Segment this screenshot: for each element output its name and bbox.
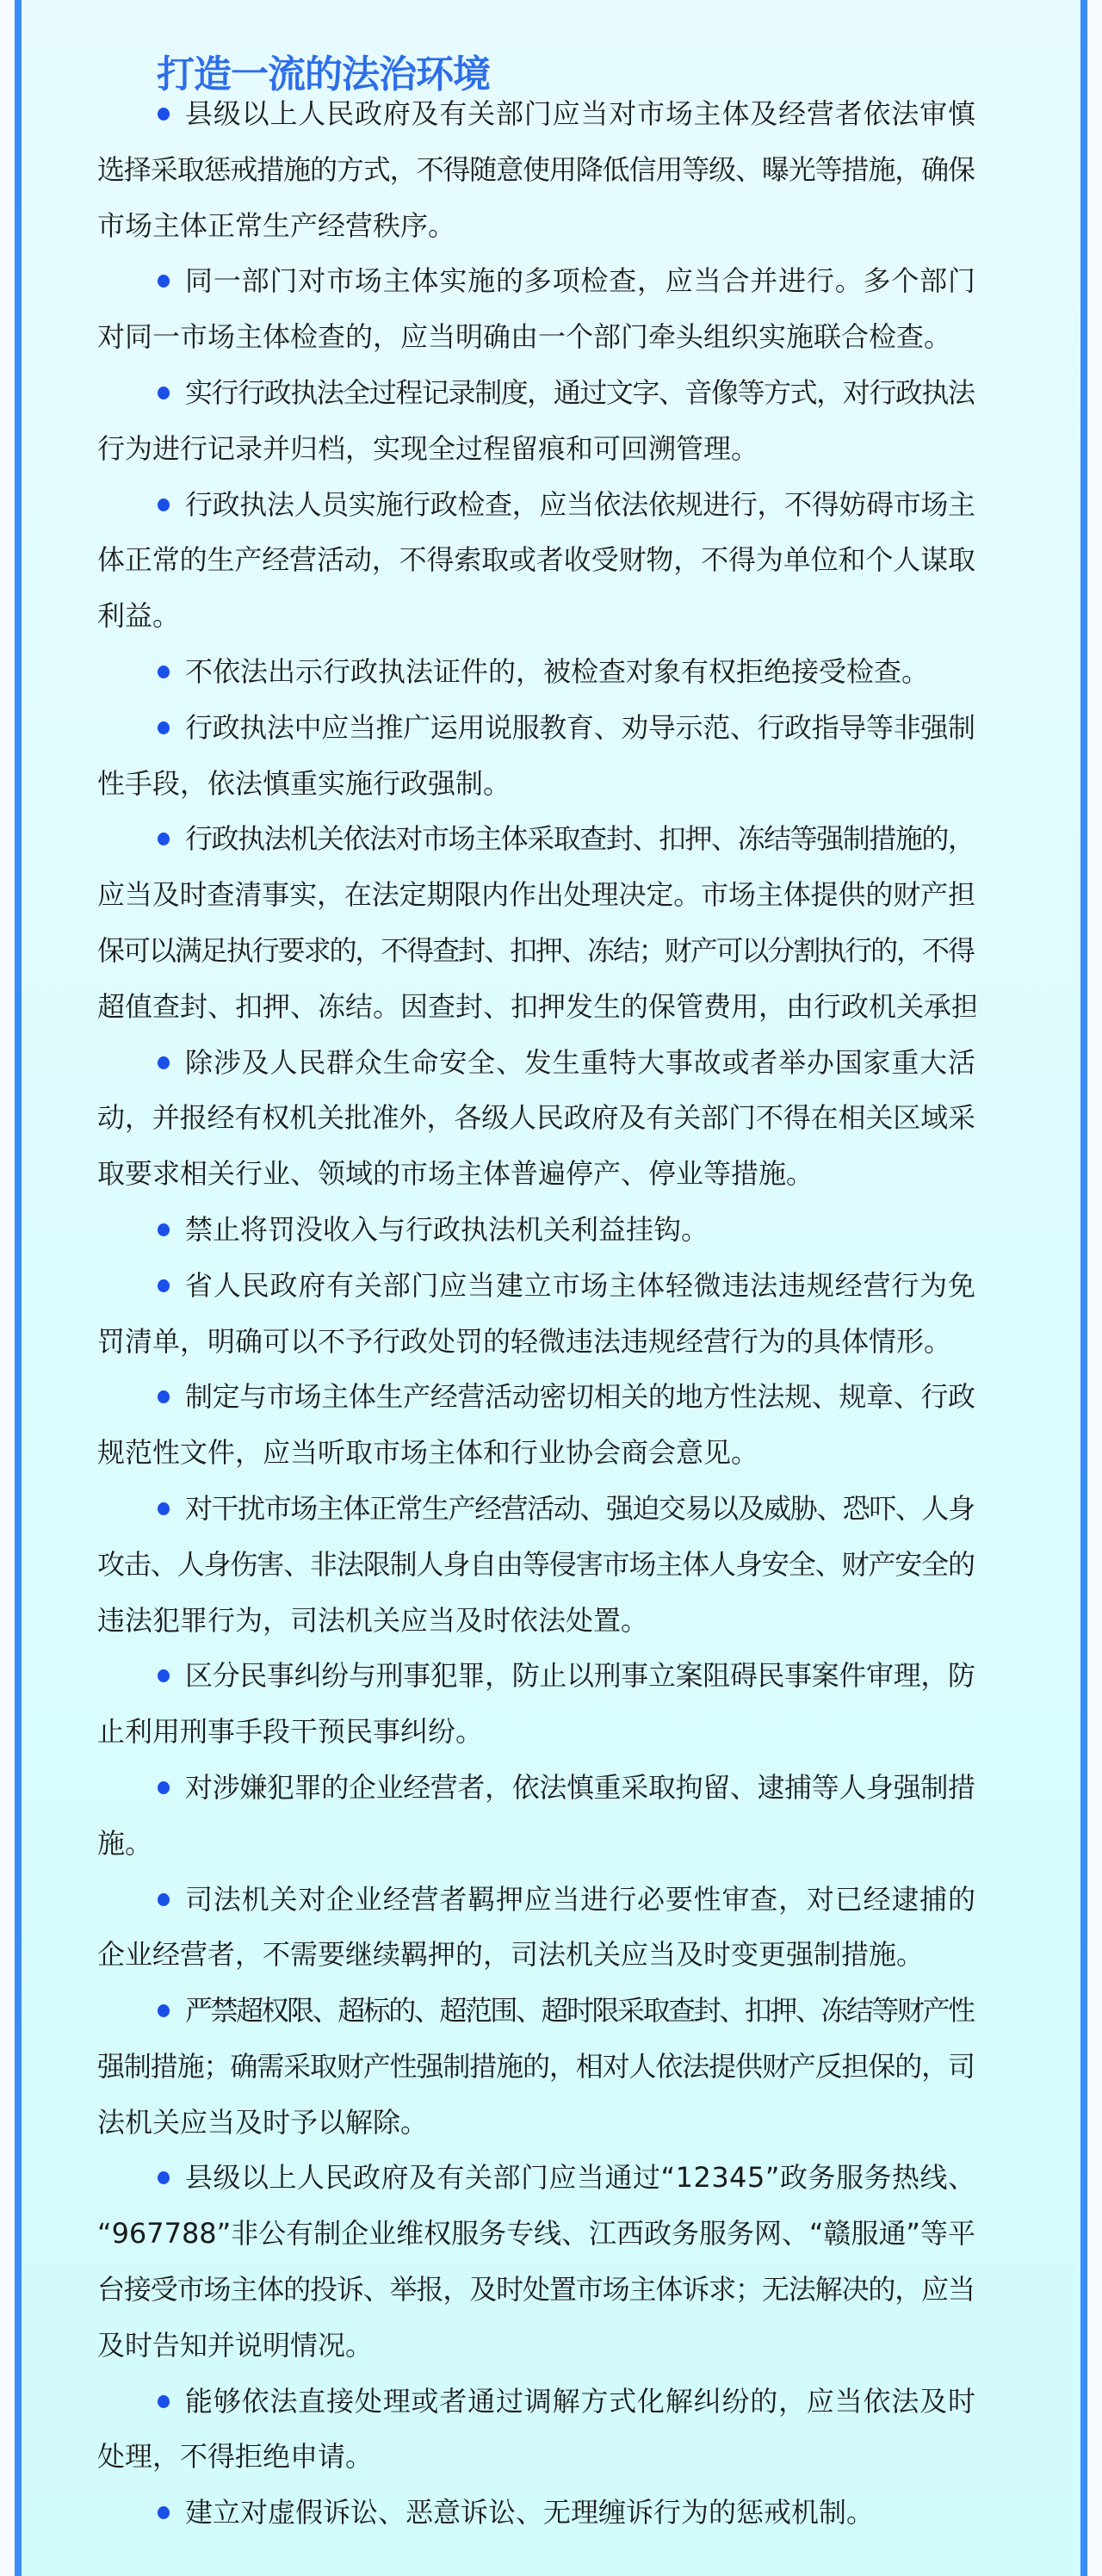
- line-text: 体正常的生产经营活动，不得索取或者收受财物，不得为单位和个人谋取: [97, 532, 975, 588]
- line-text: 除涉及人民群众生命安全、发生重特大事故或者举办国家重大活: [185, 1035, 975, 1091]
- bullet-paragraph: 行政执法人员实施行政检查，应当依法依规进行，不得妨碍市场主体正常的生产经营活动，…: [97, 477, 975, 644]
- line-text: 禁止将罚没收入与行政执法机关利益挂钩。: [185, 1213, 709, 1246]
- line-text: 超值查封、扣押、冻结。因查封、扣押发生的保管费用，由行政机关承担。: [97, 990, 975, 1023]
- bullet-dot-icon: [158, 2171, 170, 2184]
- line-text: 施。: [97, 1827, 152, 1860]
- paragraph-line: 罚清单，明确可以不予行政处罚的轻微违法违规经营行为的具体情形。: [97, 1314, 975, 1370]
- paragraph-line: 规范性文件，应当听取市场主体和行业协会商会意见。: [97, 1425, 975, 1481]
- line-text: 对同一市场主体检查的，应当明确由一个部门牵头组织实施联合检查。: [97, 320, 951, 353]
- bullet-dot-icon: [158, 666, 170, 678]
- bullet-dot-icon: [158, 1390, 170, 1403]
- paragraph-line: 能够依法直接处理或者通过调解方式化解纠纷的，应当依法及时: [97, 2374, 975, 2430]
- paragraph-line: 保可以满足执行要求的，不得查封、扣押、冻结；财产可以分割执行的，不得: [97, 923, 975, 979]
- paragraph-line: 处理，不得拒绝申请。: [97, 2429, 975, 2485]
- line-text: 处理，不得拒绝申请。: [97, 2440, 373, 2473]
- line-text: 攻击、人身伤害、非法限制人身自由等侵害市场主体人身安全、财产安全的: [97, 1537, 975, 1593]
- paragraph-line: 法机关应当及时予以解除。: [97, 2095, 975, 2151]
- line-text: 罚清单，明确可以不予行政处罚的轻微违法违规经营行为的具体情形。: [97, 1325, 951, 1358]
- paragraph-line: 及时告知并说明情况。: [97, 2318, 975, 2374]
- bullet-dot-icon: [158, 387, 170, 399]
- paragraph-line: 违法犯罪行为，司法机关应当及时依法处置。: [97, 1593, 975, 1649]
- paragraph-line: 对涉嫌犯罪的企业经营者，依法慎重采取拘留、逮捕等人身强制措: [97, 1760, 975, 1816]
- line-text: 对涉嫌犯罪的企业经营者，依法慎重采取拘留、逮捕等人身强制措: [185, 1760, 975, 1816]
- bullet-paragraph: 行政执法机关依法对市场主体采取查封、扣押、冻结等强制措施的，应当及时查清事实，在…: [97, 811, 975, 1034]
- line-text: 同一部门对市场主体实施的多项检查，应当合并进行。多个部门: [185, 253, 975, 309]
- bullet-paragraph: 行政执法中应当推广运用说服教育、劝导示范、行政指导等非强制性手段，依法慎重实施行…: [97, 700, 975, 812]
- line-text: 选择采取惩戒措施的方式，不得随意使用降低信用等级、曝光等措施，确保: [97, 142, 975, 198]
- bullet-dot-icon: [158, 1279, 170, 1292]
- bullet-paragraph: 县级以上人民政府及有关部门应当对市场主体及经营者依法审慎选择采取惩戒措施的方式，…: [97, 86, 975, 253]
- bullet-paragraph: 禁止将罚没收入与行政执法机关利益挂钩。: [97, 1202, 975, 1258]
- bullet-dot-icon: [158, 1893, 170, 1906]
- bullet-paragraph: 建立对虚假诉讼、恶意诉讼、无理缠诉行为的惩戒机制。: [97, 2485, 975, 2541]
- paragraph-line: 应当及时查清事实，在法定期限内作出处理决定。市场主体提供的财产担: [97, 867, 975, 923]
- line-text: 行政执法机关依法对市场主体采取查封、扣押、冻结等强制措施的，: [185, 811, 975, 867]
- line-text: 违法犯罪行为，司法机关应当及时依法处置。: [97, 1604, 648, 1637]
- line-text: 法机关应当及时予以解除。: [97, 2106, 428, 2139]
- line-text: 省人民政府有关部门应当建立市场主体轻微违法违规经营行为免: [185, 1258, 975, 1314]
- paragraph-line: 取要求相关行业、领域的市场主体普遍停产、停业等措施。: [97, 1146, 975, 1202]
- paragraph-line: 止利用刑事手段干预民事纠纷。: [97, 1704, 975, 1760]
- paragraph-line: 司法机关对企业经营者羁押应当进行必要性审查，对已经逮捕的: [97, 1872, 975, 1928]
- bullet-dot-icon: [158, 1781, 170, 1794]
- line-text: 县级以上人民政府及有关部门应当对市场主体及经营者依法审慎: [185, 86, 975, 142]
- bullet-paragraph: 除涉及人民群众生命安全、发生重特大事故或者举办国家重大活动，并报经有权机关批准外…: [97, 1035, 975, 1202]
- bullet-paragraph: 县级以上人民政府及有关部门应当通过“12345”政务服务热线、“967788”非…: [97, 2150, 975, 2373]
- article-body: 县级以上人民政府及有关部门应当对市场主体及经营者依法审慎选择采取惩戒措施的方式，…: [97, 86, 975, 2541]
- paragraph-line: 企业经营者，不需要继续羁押的，司法机关应当及时变更强制措施。: [97, 1927, 975, 1983]
- line-text: 性手段，依法慎重实施行政强制。: [97, 767, 511, 800]
- bullet-dot-icon: [158, 1223, 170, 1236]
- bullet-paragraph: 同一部门对市场主体实施的多项检查，应当合并进行。多个部门对同一市场主体检查的，应…: [97, 253, 975, 365]
- line-text: 严禁超权限、超标的、超范围、超时限采取查封、扣押、冻结等财产性: [185, 1983, 974, 2039]
- paragraph-line: 对干扰市场主体正常生产经营活动、强迫交易以及威胁、恐吓、人身: [97, 1481, 975, 1537]
- paragraph-line: 禁止将罚没收入与行政执法机关利益挂钩。: [97, 1202, 975, 1258]
- line-text: 能够依法直接处理或者通过调解方式化解纠纷的，应当依法及时: [185, 2374, 975, 2430]
- line-text: 规范性文件，应当听取市场主体和行业协会商会意见。: [97, 1436, 758, 1469]
- paragraph-line: 性手段，依法慎重实施行政强制。: [97, 756, 975, 812]
- bullet-dot-icon: [158, 1056, 170, 1069]
- bullet-paragraph: 制定与市场主体生产经营活动密切相关的地方性法规、规章、行政规范性文件，应当听取市…: [97, 1369, 975, 1481]
- paragraph-line: 县级以上人民政府及有关部门应当通过“12345”政务服务热线、: [97, 2150, 975, 2206]
- paragraph-line: 县级以上人民政府及有关部门应当对市场主体及经营者依法审慎: [97, 86, 975, 142]
- line-text: 行为进行记录并归档，实现全过程留痕和可回溯管理。: [97, 432, 758, 465]
- paragraph-line: 省人民政府有关部门应当建立市场主体轻微违法违规经营行为免: [97, 1258, 975, 1314]
- paragraph-line: 除涉及人民群众生命安全、发生重特大事故或者举办国家重大活: [97, 1035, 975, 1091]
- paragraph-line: 实行行政执法全过程记录制度，通过文字、音像等方式，对行政执法: [97, 365, 975, 421]
- line-text: 制定与市场主体生产经营活动密切相关的地方性法规、规章、行政: [185, 1369, 975, 1425]
- bullet-paragraph: 不依法出示行政执法证件的，被检查对象有权拒绝接受检查。: [97, 644, 975, 700]
- paragraph-line: 行政执法中应当推广运用说服教育、劝导示范、行政指导等非强制: [97, 700, 975, 756]
- paragraph-line: 攻击、人身伤害、非法限制人身自由等侵害市场主体人身安全、财产安全的: [97, 1537, 975, 1593]
- paragraph-line: 动，并报经有权机关批准外，各级人民政府及有关部门不得在相关区域采: [97, 1090, 975, 1146]
- bullet-paragraph: 对干扰市场主体正常生产经营活动、强迫交易以及威胁、恐吓、人身攻击、人身伤害、非法…: [97, 1481, 975, 1648]
- paragraph-line: 选择采取惩戒措施的方式，不得随意使用降低信用等级、曝光等措施，确保: [97, 142, 975, 198]
- bullet-paragraph: 实行行政执法全过程记录制度，通过文字、音像等方式，对行政执法行为进行记录并归档，…: [97, 365, 975, 477]
- paragraph-line: 体正常的生产经营活动，不得索取或者收受财物，不得为单位和个人谋取: [97, 532, 975, 588]
- bullet-paragraph: 严禁超权限、超标的、超范围、超时限采取查封、扣押、冻结等财产性强制措施；确需采取…: [97, 1983, 975, 2150]
- paragraph-line: 区分民事纠纷与刑事犯罪，防止以刑事立案阻碍民事案件审理，防: [97, 1648, 975, 1704]
- line-text: 实行行政执法全过程记录制度，通过文字、音像等方式，对行政执法: [185, 365, 975, 421]
- bullet-paragraph: 对涉嫌犯罪的企业经营者，依法慎重采取拘留、逮捕等人身强制措施。: [97, 1760, 975, 1872]
- paragraph-line: 对同一市场主体检查的，应当明确由一个部门牵头组织实施联合检查。: [97, 309, 975, 365]
- bullet-dot-icon: [158, 721, 170, 734]
- line-text: 司法机关对企业经营者羁押应当进行必要性审查，对已经逮捕的: [185, 1872, 975, 1928]
- bullet-dot-icon: [158, 2395, 170, 2408]
- paragraph-line: 利益。: [97, 588, 975, 644]
- line-text: 强制措施；确需采取财产性强制措施的，相对人依法提供财产反担保的，司: [97, 2039, 975, 2095]
- bullet-paragraph: 司法机关对企业经营者羁押应当进行必要性审查，对已经逮捕的企业经营者，不需要继续羁…: [97, 1872, 975, 1984]
- paragraph-line: 市场主体正常生产经营秩序。: [97, 198, 975, 254]
- bullet-dot-icon: [158, 2506, 170, 2519]
- bullet-dot-icon: [158, 1669, 170, 1682]
- bullet-dot-icon: [158, 1502, 170, 1515]
- line-text: “967788”非公有制企业维权服务专线、江西政务服务网、“赣服通”等平: [97, 2206, 975, 2262]
- bullet-paragraph: 区分民事纠纷与刑事犯罪，防止以刑事立案阻碍民事案件审理，防止利用刑事手段干预民事…: [97, 1648, 975, 1760]
- paragraph-line: 台接受市场主体的投诉、举报，及时处置市场主体诉求；无法解决的，应当: [97, 2262, 975, 2318]
- line-text: 行政执法中应当推广运用说服教育、劝导示范、行政指导等非强制: [185, 700, 975, 756]
- paragraph-line: 行为进行记录并归档，实现全过程留痕和可回溯管理。: [97, 421, 975, 477]
- paragraph-line: 不依法出示行政执法证件的，被检查对象有权拒绝接受检查。: [97, 644, 975, 700]
- line-text: 区分民事纠纷与刑事犯罪，防止以刑事立案阻碍民事案件审理，防: [185, 1648, 975, 1704]
- line-text: 利益。: [97, 599, 180, 632]
- line-text: 行政执法人员实施行政检查，应当依法依规进行，不得妨碍市场主: [185, 477, 975, 533]
- line-text: 及时告知并说明情况。: [97, 2329, 373, 2362]
- bullet-dot-icon: [158, 275, 170, 288]
- paragraph-line: 制定与市场主体生产经营活动密切相关的地方性法规、规章、行政: [97, 1369, 975, 1425]
- paragraph-line: 同一部门对市场主体实施的多项检查，应当合并进行。多个部门: [97, 253, 975, 309]
- paragraph-line: 行政执法人员实施行政检查，应当依法依规进行，不得妨碍市场主: [97, 477, 975, 533]
- line-text: 市场主体正常生产经营秩序。: [97, 209, 455, 242]
- bullet-dot-icon: [158, 2004, 170, 2017]
- line-text: 应当及时查清事实，在法定期限内作出处理决定。市场主体提供的财产担: [97, 867, 975, 923]
- line-text: 保可以满足执行要求的，不得查封、扣押、冻结；财产可以分割执行的，不得: [97, 923, 974, 979]
- bullet-dot-icon: [158, 833, 170, 845]
- bullet-dot-icon: [158, 498, 170, 511]
- line-text: 企业经营者，不需要继续羁押的，司法机关应当及时变更强制措施。: [97, 1938, 924, 1971]
- line-text: 县级以上人民政府及有关部门应当通过“12345”政务服务热线、: [185, 2150, 975, 2206]
- paragraph-line: 强制措施；确需采取财产性强制措施的，相对人依法提供财产反担保的，司: [97, 2039, 975, 2095]
- line-text: 取要求相关行业、领域的市场主体普遍停产、停业等措施。: [97, 1157, 814, 1190]
- paragraph-line: 建立对虚假诉讼、恶意诉讼、无理缠诉行为的惩戒机制。: [97, 2485, 975, 2541]
- paragraph-line: 行政执法机关依法对市场主体采取查封、扣押、冻结等强制措施的，: [97, 811, 975, 867]
- line-text: 台接受市场主体的投诉、举报，及时处置市场主体诉求；无法解决的，应当: [97, 2262, 975, 2318]
- line-text: 不依法出示行政执法证件的，被检查对象有权拒绝接受检查。: [185, 655, 929, 688]
- paragraph-line: 超值查封、扣押、冻结。因查封、扣押发生的保管费用，由行政机关承担。: [97, 979, 975, 1035]
- paragraph-line: 严禁超权限、超标的、超范围、超时限采取查封、扣押、冻结等财产性: [97, 1983, 975, 2039]
- line-text: 对干扰市场主体正常生产经营活动、强迫交易以及威胁、恐吓、人身: [185, 1481, 975, 1537]
- line-text: 建立对虚假诉讼、恶意诉讼、无理缠诉行为的惩戒机制。: [185, 2496, 874, 2529]
- bullet-paragraph: 能够依法直接处理或者通过调解方式化解纠纷的，应当依法及时处理，不得拒绝申请。: [97, 2374, 975, 2486]
- paragraph-line: “967788”非公有制企业维权服务专线、江西政务服务网、“赣服通”等平: [97, 2206, 975, 2262]
- line-text: 止利用刑事手段干预民事纠纷。: [97, 1715, 483, 1748]
- bullet-dot-icon: [158, 108, 170, 121]
- paragraph-line: 施。: [97, 1816, 975, 1872]
- bullet-paragraph: 省人民政府有关部门应当建立市场主体轻微违法违规经营行为免罚清单，明确可以不予行政…: [97, 1258, 975, 1370]
- line-text: 动，并报经有权机关批准外，各级人民政府及有关部门不得在相关区域采: [97, 1090, 975, 1146]
